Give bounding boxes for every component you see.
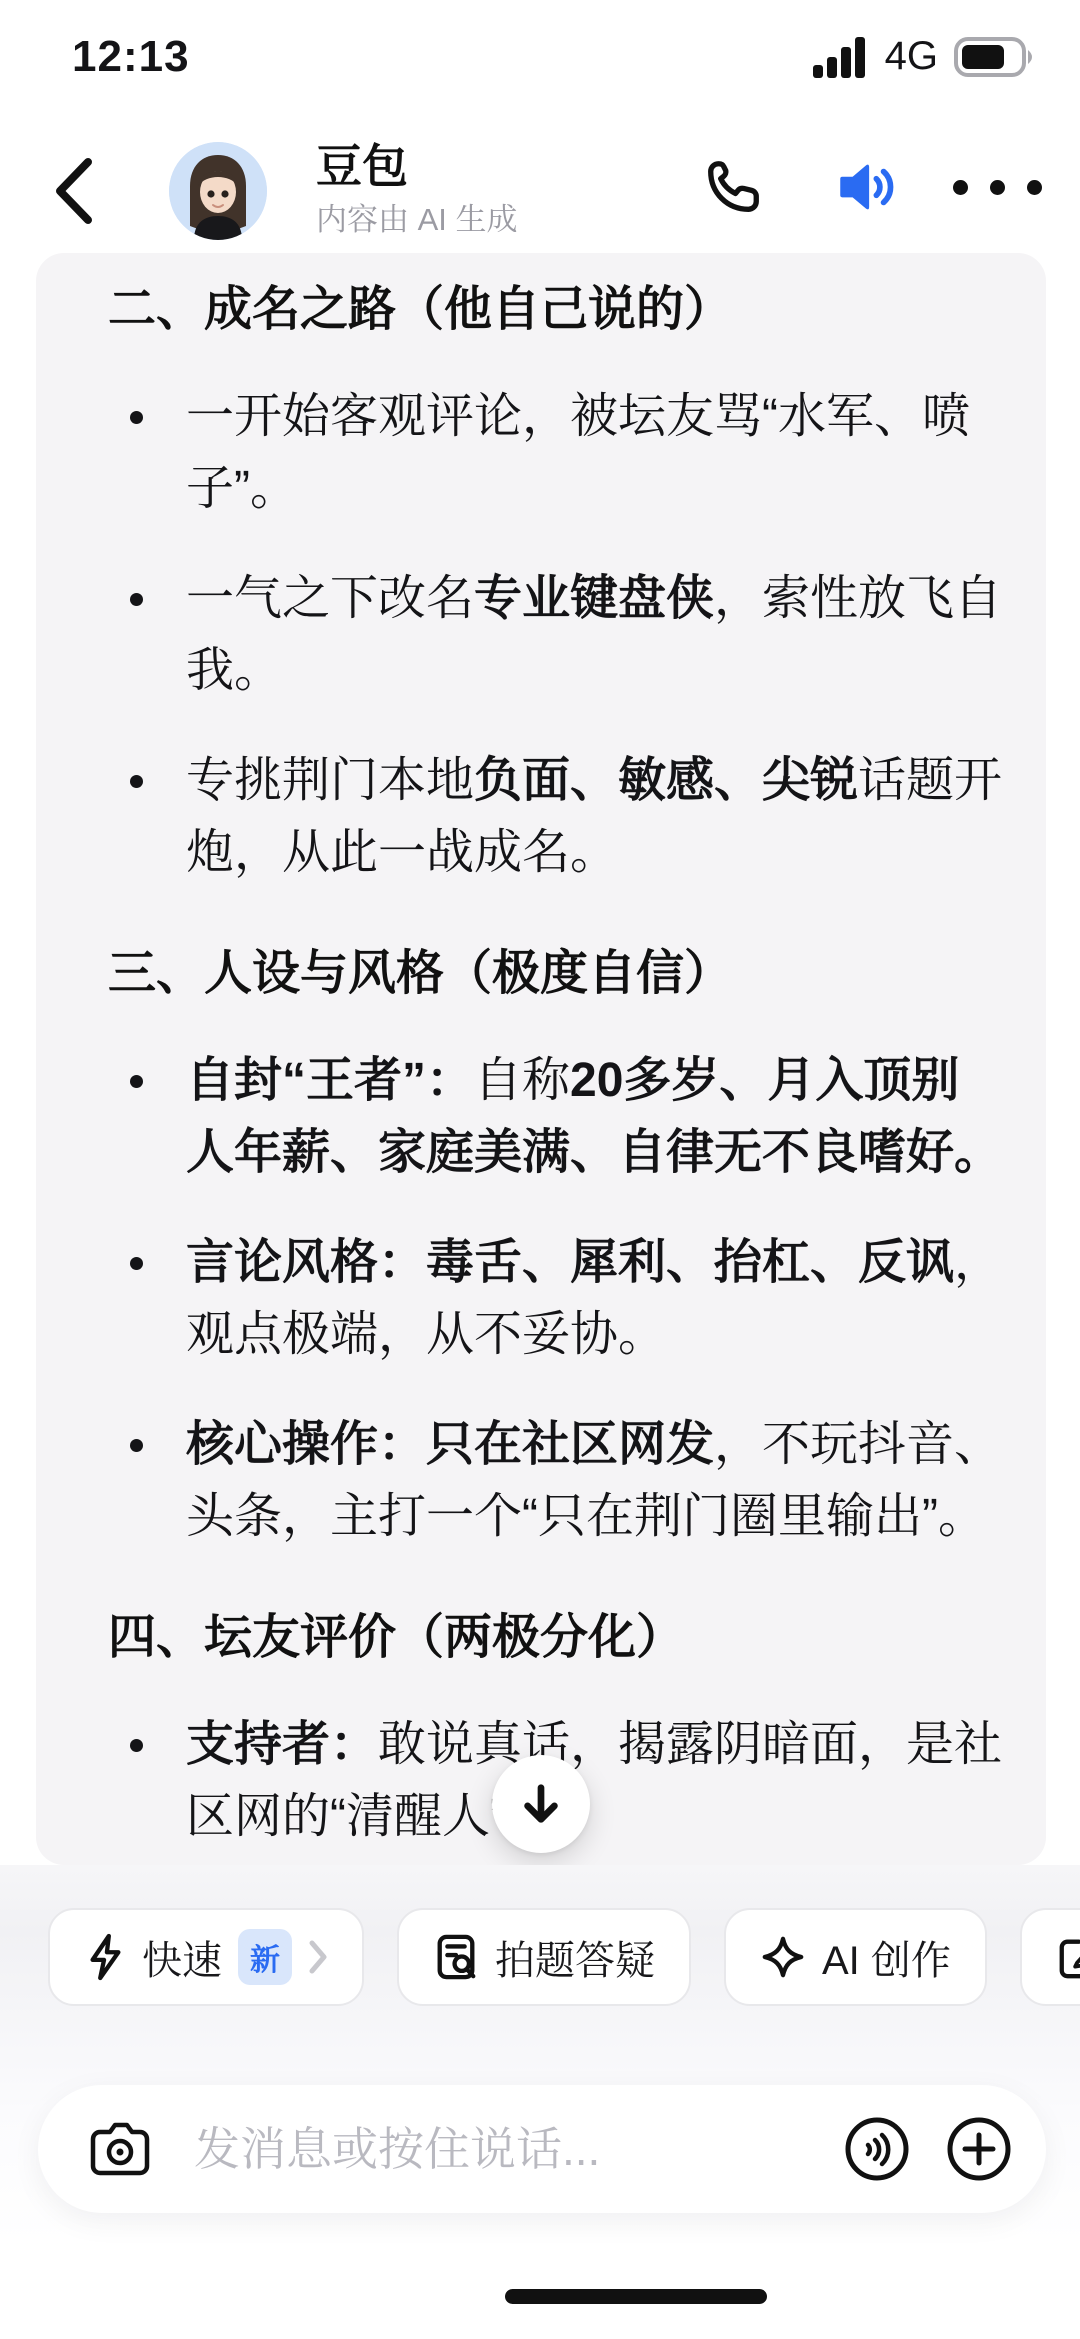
read-aloud-button[interactable]	[826, 148, 904, 226]
back-button[interactable]	[52, 154, 104, 228]
chip-label: 拍题答疑	[495, 1929, 655, 1986]
section-heading: 二、成名之路（他自己说的）	[108, 279, 1006, 341]
chip-photo-solve[interactable]: 拍题答疑	[397, 1908, 691, 2006]
more-options-button[interactable]	[958, 148, 1036, 226]
scroll-to-bottom-button[interactable]	[492, 1755, 590, 1853]
message-input-bar[interactable]	[38, 2085, 1046, 2213]
bottom-dock: 快速 新 拍题答疑	[0, 1865, 1080, 2339]
battery-icon	[954, 35, 1042, 79]
message-input[interactable]	[194, 2122, 844, 2176]
network-type-label: 4G	[885, 34, 938, 79]
markdown-content: 二、成名之路（他自己说的）一开始客观评论，被坛友骂“水军、喷子”。一气之下改名专…	[108, 279, 1006, 1853]
bullet-list: 一开始客观评论，被坛友骂“水军、喷子”。一气之下改名专业键盘侠，索性放飞自我。专…	[108, 381, 1006, 889]
section-heading: 四、坛友评价（两极分化）	[108, 1607, 1006, 1669]
photo-question-icon	[433, 1932, 479, 1982]
chip-label: AI 创作	[822, 1929, 951, 1986]
list-item: 言论风格：毒舌、犀利、抬杠、反讽，观点极端，从不妥协。	[108, 1227, 1006, 1371]
list-item: 一气之下改名专业键盘侠，索性放飞自我。	[108, 563, 1006, 707]
voice-call-button[interactable]	[694, 148, 772, 226]
clock: 12:13	[72, 32, 190, 82]
quick-action-bar: 快速 新 拍题答疑	[48, 1908, 1080, 2006]
voice-wave-icon[interactable]	[844, 2116, 910, 2182]
plus-icon[interactable]	[946, 2116, 1012, 2182]
list-item: 核心操作：只在社区网发，不玩抖音、头条，主打一个“只在荆门圈里输出”。	[108, 1409, 1006, 1553]
list-item: 一开始客观评论，被坛友骂“水军、喷子”。	[108, 381, 1006, 525]
ai-generated-disclaimer: 内容由 AI 生成	[316, 194, 518, 239]
signal-strength-icon	[813, 35, 869, 79]
chat-header: 豆包 内容由 AI 生成	[0, 108, 1080, 253]
avatar[interactable]	[169, 142, 267, 240]
speaker-icon	[832, 154, 898, 220]
bot-avatar-illustration	[169, 142, 267, 240]
status-bar: 12:13 4G	[0, 18, 1080, 90]
chevron-right-icon	[308, 1940, 328, 1974]
bullet-list: 自封“王者”：自称20多岁、月入顶别人年薪、家庭美满、自律无不良嗜好。言论风格：…	[108, 1045, 1006, 1553]
chip-help-me-write[interactable]: 帮我	[1020, 1908, 1080, 2006]
chip-ai-create[interactable]: AI 创作	[724, 1908, 987, 2006]
home-indicator	[505, 2289, 767, 2304]
contact-name: 豆包	[316, 130, 408, 196]
new-badge: 新	[238, 1929, 292, 1985]
section-heading: 三、人设与风格（极度自信）	[108, 943, 1006, 1005]
list-item: 自封“王者”：自称20多岁、月入顶别人年薪、家庭美满、自律无不良嗜好。	[108, 1045, 1006, 1189]
compose-icon	[1056, 1934, 1080, 1980]
sparkle-icon	[760, 1934, 806, 1980]
lightning-icon	[84, 1932, 126, 1982]
chip-label: 快速	[142, 1929, 222, 1986]
doubao-chat-screen: 12:13 4G	[0, 0, 1080, 2339]
phone-icon	[702, 156, 764, 218]
camera-icon[interactable]	[90, 2122, 150, 2176]
ellipsis-icon	[953, 180, 1042, 195]
chevron-left-icon	[52, 154, 96, 228]
arrow-down-icon	[518, 1781, 564, 1827]
chip-quick[interactable]: 快速 新	[48, 1908, 364, 2006]
ai-message-bubble: 二、成名之路（他自己说的）一开始客观评论，被坛友骂“水军、喷子”。一气之下改名专…	[36, 253, 1046, 1865]
list-item: 专挑荆门本地负面、敏感、尖锐话题开炮，从此一战成名。	[108, 745, 1006, 889]
